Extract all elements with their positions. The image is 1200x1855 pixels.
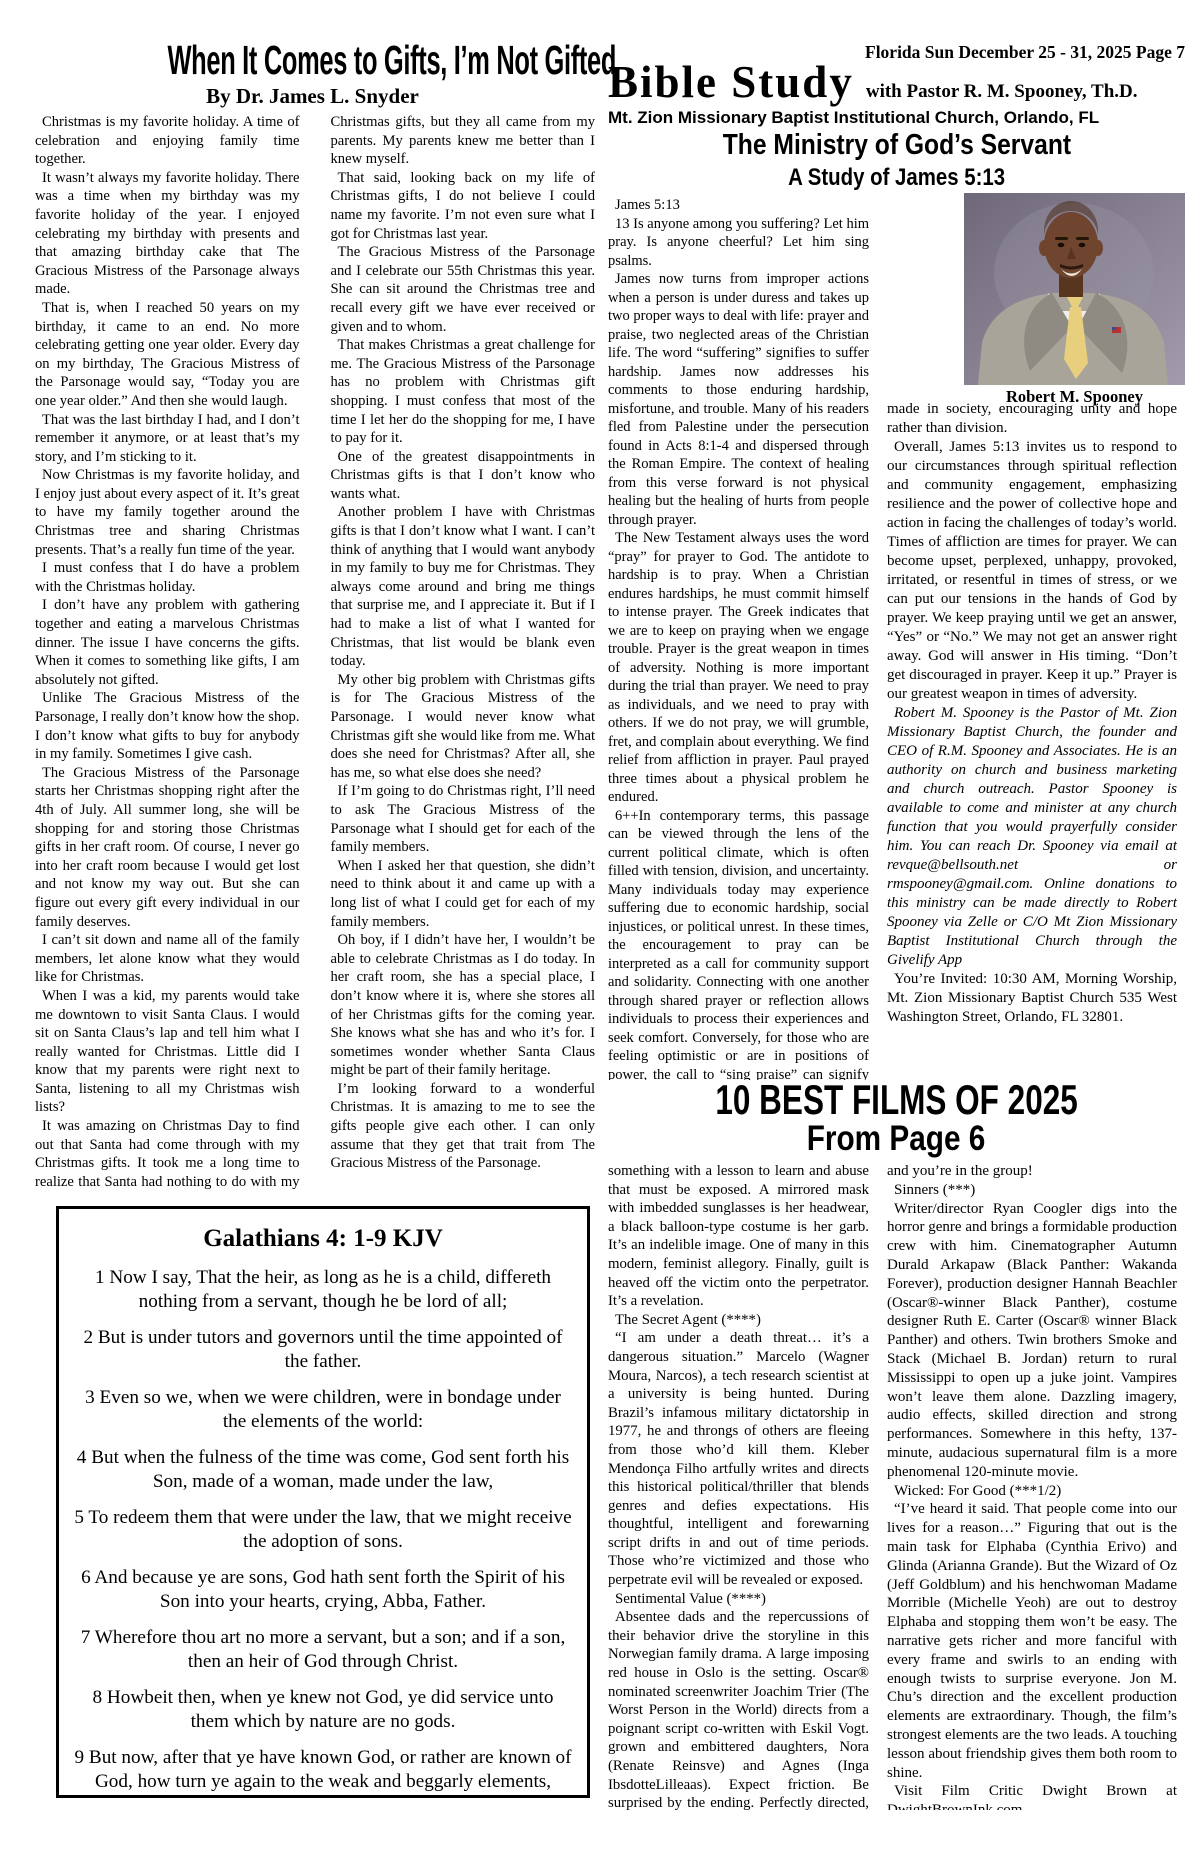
paragraph: Wicked: For Good (***1/2) [887, 1482, 1177, 1501]
paragraph: I must confess that I do have a problem … [35, 559, 300, 596]
paragraph: Another problem I have with Christmas gi… [331, 503, 596, 670]
paragraph: “I am under a death threat… it’s a dange… [608, 1329, 869, 1589]
scripture-box-title: Galathians 4: 1-9 KJV [59, 1225, 587, 1253]
bible-study-continuation: made in society, encouraging unity and h… [887, 400, 1177, 438]
paragraph: When I asked her that question, she didn… [331, 857, 596, 931]
paragraph: 5 To redeem them that were under the law… [71, 1506, 575, 1553]
bible-study-masthead: Bible Study [608, 58, 854, 106]
films-column-1: something with a lesson to learn and abu… [608, 1162, 869, 1810]
paragraph: It wasn’t always my favorite holiday. Th… [35, 169, 300, 299]
paragraph: I’m looking forward to a wonderful Chris… [331, 1080, 596, 1173]
paragraph: something with a lesson to learn and abu… [608, 1162, 869, 1311]
paragraph: 6 And because ye are sons, God hath sent… [71, 1566, 575, 1613]
films-headline: 10 BEST FILMS OF 2025 [715, 1078, 1077, 1122]
paragraph: 1 Now I say, That the heir, as long as h… [71, 1266, 575, 1313]
paragraph: and you’re in the group! [887, 1162, 1177, 1181]
pastor-photo [964, 193, 1185, 385]
paragraph: 6++In contemporary terms, this passage c… [608, 807, 869, 1081]
bible-study-masthead-line: Bible Study with Pastor R. M. Spooney, T… [608, 58, 1185, 106]
films-column-2: and you’re in the group!Sinners (***)Wri… [887, 1162, 1177, 1810]
paragraph: I don’t have any problem with gathering … [35, 596, 300, 689]
newspaper-page: When It Comes to Gifts, I’m Not Gifted B… [0, 0, 1200, 1855]
paragraph: The Gracious Mistress of the Parsonage s… [35, 764, 300, 931]
paragraph: When I was a kid, my parents would take … [35, 987, 300, 1117]
paragraph: I can’t sit down and name all of the fam… [35, 931, 300, 987]
paragraph: That makes Christmas a great challenge f… [331, 336, 596, 448]
paragraph: Unlike The Gracious Mistress of the Pars… [35, 689, 300, 763]
films-header: 10 BEST FILMS OF 2025 From Page 6 [608, 1078, 1185, 1158]
paragraph: James now turns from improper actions wh… [608, 270, 869, 529]
paragraph: If I’m going to do Christmas right, I’ll… [331, 782, 596, 856]
paragraph: Christmas is my favorite holiday. A time… [35, 113, 300, 169]
gifts-article-body: Christmas is my favorite holiday. A time… [35, 113, 595, 1199]
paragraph: The Secret Agent (****) [608, 1311, 869, 1330]
bible-study-headline-text: The Ministry of God’s Servant [722, 130, 1070, 160]
paragraph: Absentee dads and the repercussions of t… [608, 1608, 869, 1810]
bible-study-column-1: James 5:1313 Is anyone among you sufferi… [608, 196, 869, 1080]
paragraph: 3 Even so we, when we were children, wer… [71, 1386, 575, 1433]
films-subhead: From Page 6 [608, 1120, 1185, 1158]
gifts-article-byline: By Dr. James L. Snyder [30, 84, 595, 108]
pastor-bio: Robert M. Spooney is the Pastor of Mt. Z… [887, 704, 1177, 970]
paragraph: The Gracious Mistress of the Parsonage a… [331, 243, 596, 336]
paragraph: 8 Howbeit then, when ye knew not God, ye… [71, 1686, 575, 1733]
paragraph: My other big problem with Christmas gift… [331, 671, 596, 783]
paragraph: That is, when I reached 50 years on my b… [35, 299, 300, 411]
paragraph: Sentimental Value (****) [608, 1590, 869, 1609]
church-name-line: Mt. Zion Missionary Baptist Institutiona… [608, 107, 1185, 128]
bible-study-column-2: made in society, encouraging unity and h… [887, 400, 1177, 1076]
paragraph: 2 But is under tutors and governors unti… [71, 1326, 575, 1373]
bible-study-subhead: A Study of James 5:13 [608, 165, 1185, 194]
paragraph: The New Testament always uses the word “… [608, 529, 869, 807]
bible-study-overall: Overall, James 5:13 invites us to respon… [887, 438, 1177, 704]
paragraph: Writer/director Ryan Coogler digs into t… [887, 1200, 1177, 1482]
films-subhead-text: From Page 6 [807, 1120, 986, 1158]
bible-study-headline: The Ministry of God’s Servant [608, 130, 1185, 165]
gifts-article-title: When It Comes to Gifts, I’m Not Gifted [167, 38, 616, 82]
scripture-box: Galathians 4: 1-9 KJV 1 Now I say, That … [56, 1206, 590, 1798]
scripture-verses: 1 Now I say, That the heir, as long as h… [59, 1266, 587, 1798]
bible-study-pastor-credit: with Pastor R. M. Spooney, Th.D. [866, 81, 1138, 103]
paragraph: Now Christmas is my favorite holiday, an… [35, 466, 300, 559]
paragraph: 7 Wherefore thou art no more a servant, … [71, 1626, 575, 1673]
paragraph: 9 But now, after that ye have known God,… [71, 1746, 575, 1798]
bible-study-subhead-text: A Study of James 5:13 [788, 165, 1005, 191]
paragraph: “I’ve heard it said. That people come in… [887, 1500, 1177, 1782]
paragraph: 13 Is anyone among you suffering? Let hi… [608, 215, 869, 271]
gifts-article-header: When It Comes to Gifts, I’m Not Gifted B… [30, 38, 595, 108]
paragraph: 4 But when the fulness of the time was c… [71, 1446, 575, 1493]
paragraph: Oh boy, if I didn’t have her, I wouldn’t… [331, 931, 596, 1080]
paragraph: That was the last birthday I had, and I … [35, 411, 300, 467]
invite-note: You’re Invited: 10:30 AM, Morning Worshi… [887, 970, 1177, 1027]
pastor-portrait-illustration [964, 193, 1185, 385]
paragraph: That said, looking back on my life of Ch… [331, 169, 596, 243]
paragraph: Sinners (***) [887, 1181, 1177, 1200]
paragraph: James 5:13 [608, 196, 869, 215]
bible-study-header: Bible Study with Pastor R. M. Spooney, T… [608, 58, 1185, 194]
paragraph: One of the greatest disappointments in C… [331, 448, 596, 504]
paragraph: Visit Film Critic Dwight Brown at Dwight… [887, 1782, 1177, 1810]
